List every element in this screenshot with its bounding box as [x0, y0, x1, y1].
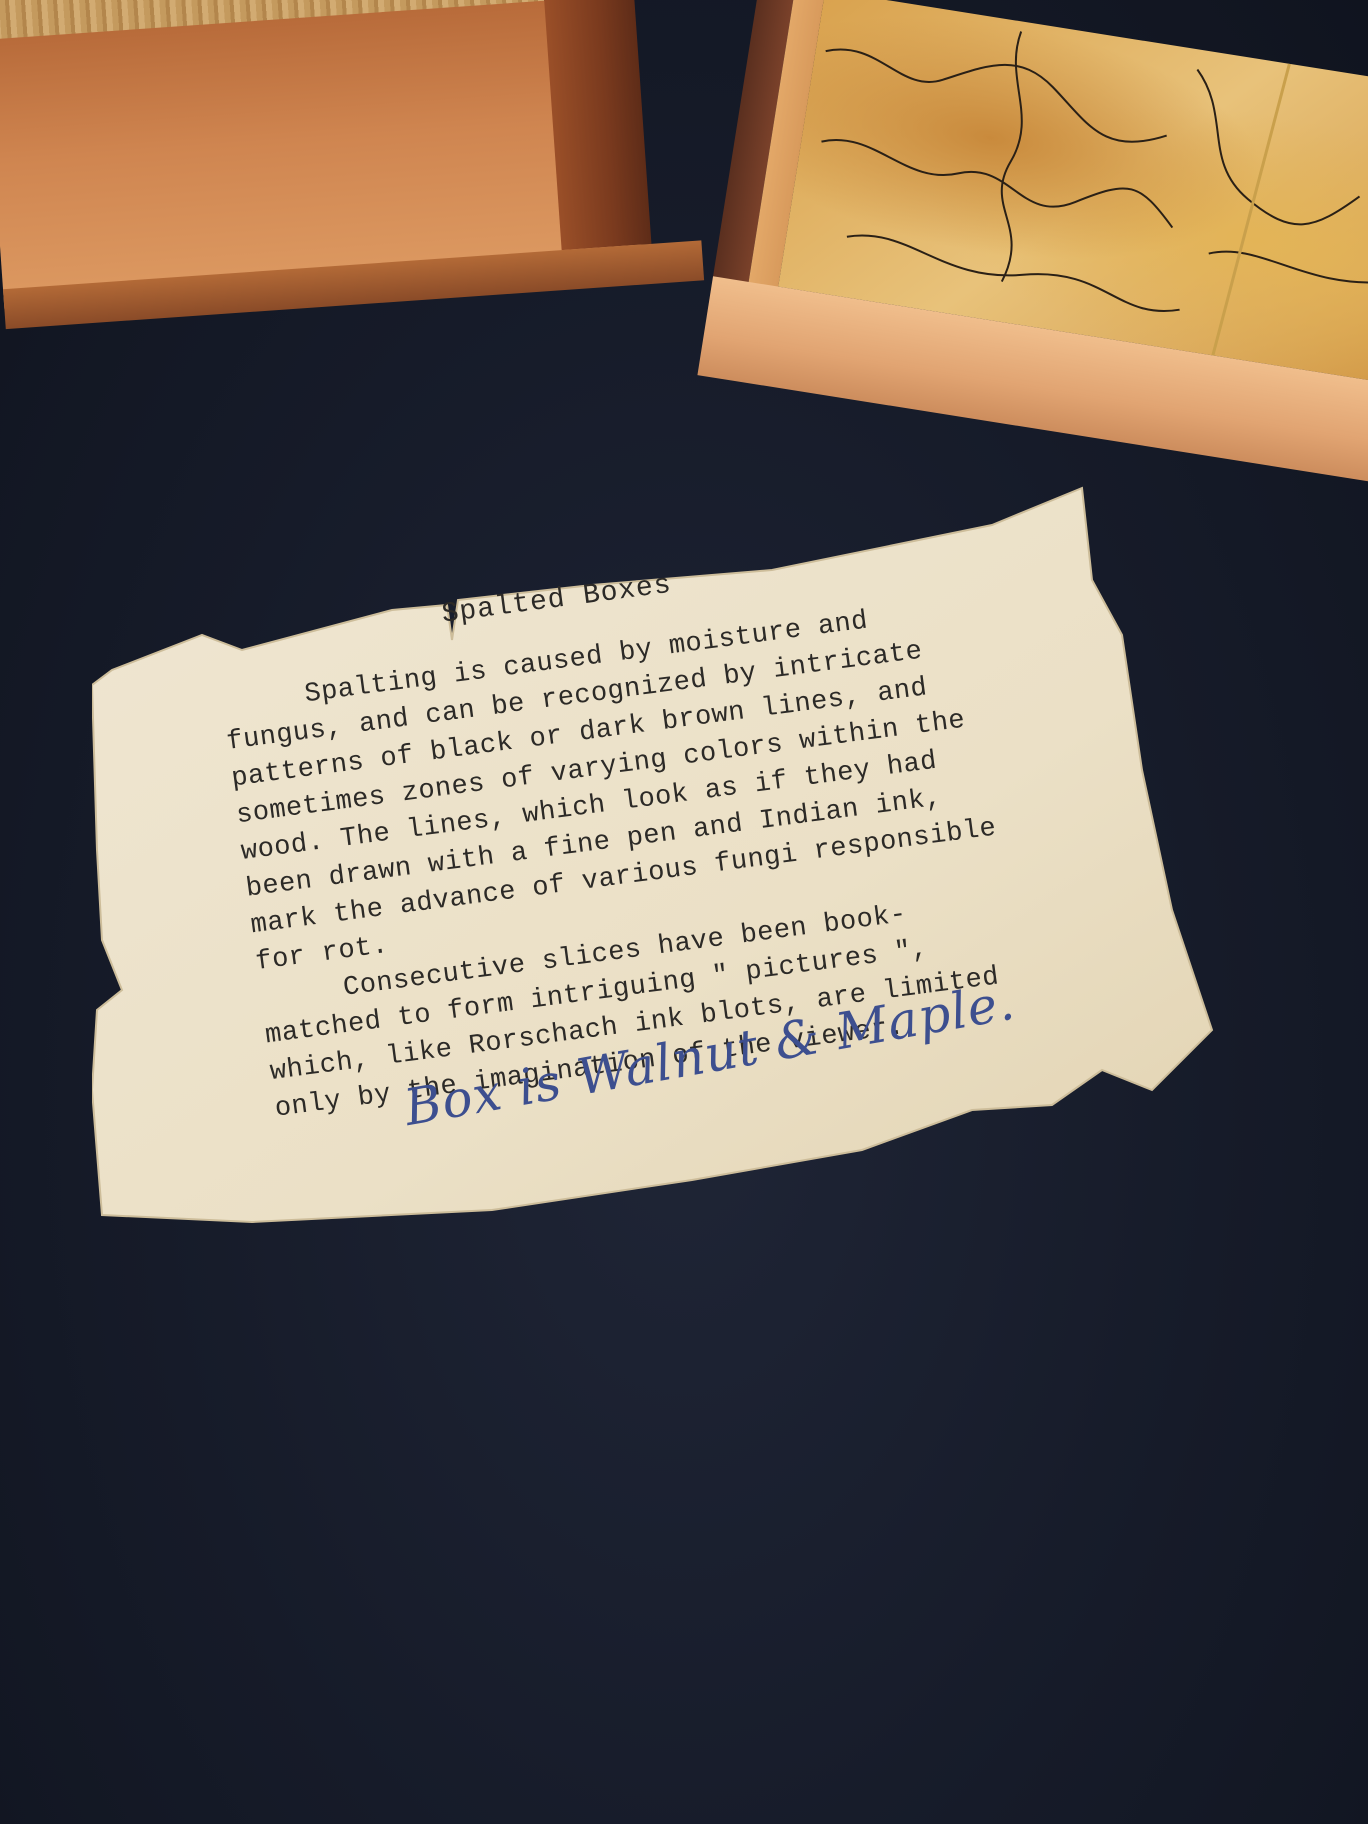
left-wooden-box	[0, 0, 721, 359]
photo-scene: Spalted Boxes Spalting is caused by mois…	[0, 0, 1368, 1824]
typed-note: Spalted Boxes Spalting is caused by mois…	[92, 470, 1322, 1230]
